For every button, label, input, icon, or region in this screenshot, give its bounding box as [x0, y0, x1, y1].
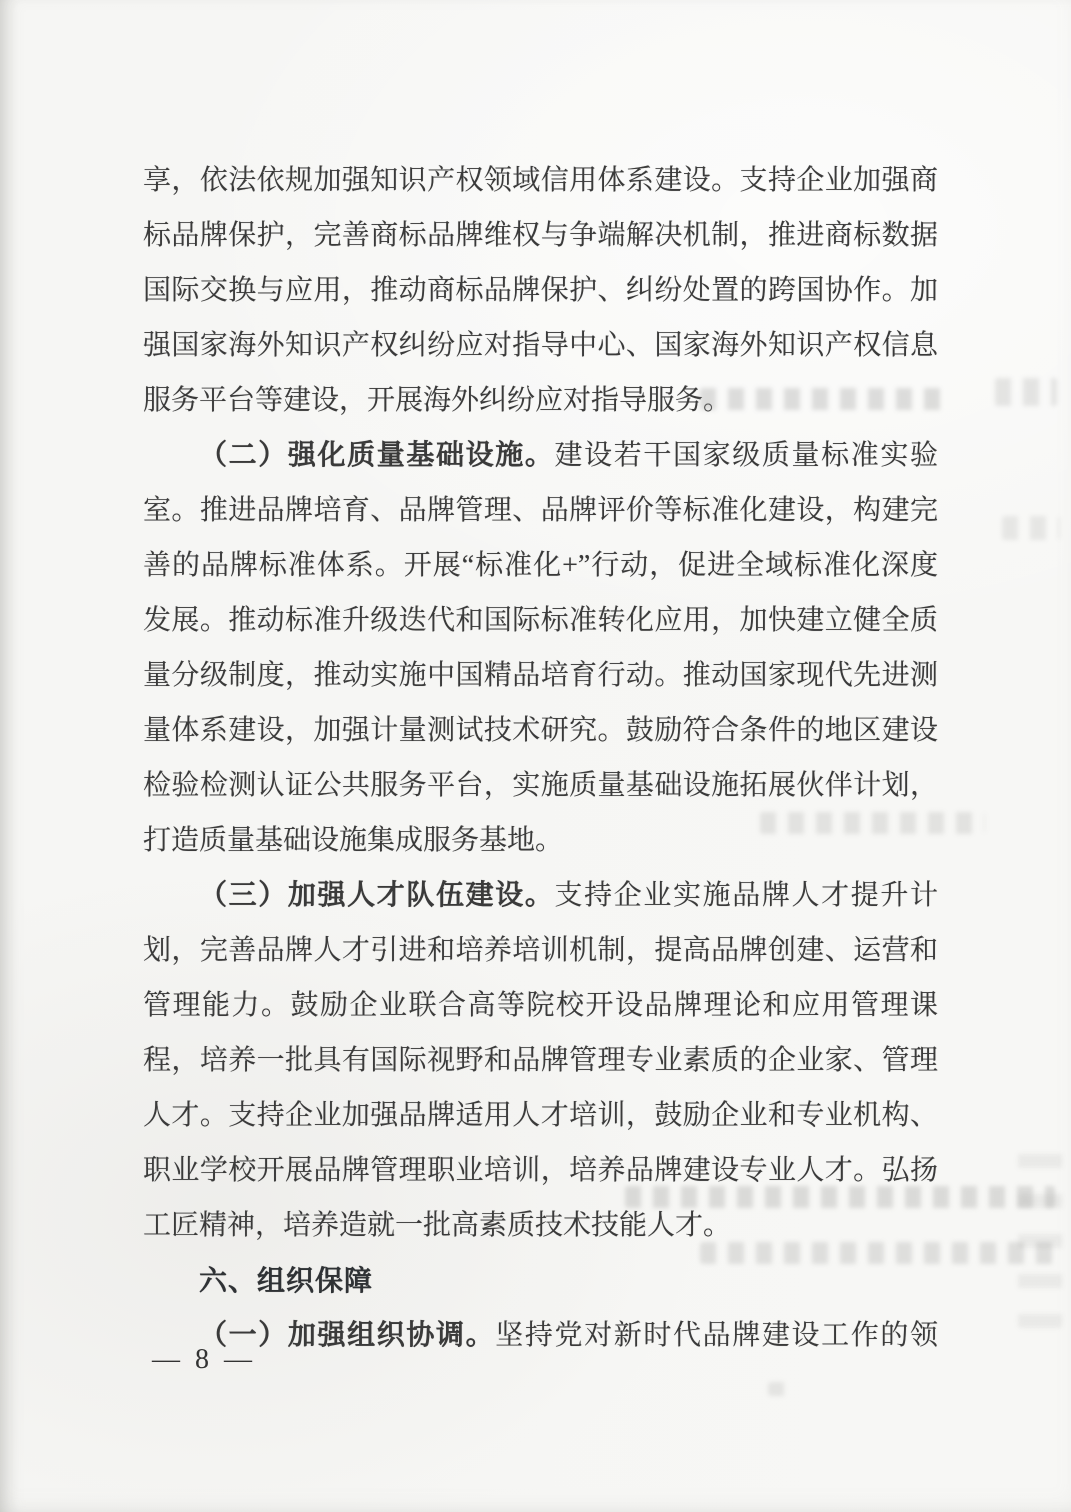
line-text: 标品牌保护，完善商标品牌维权与争端解决机制，推进商标数据 [143, 220, 938, 251]
paragraph-lead-bold: （二）强化质量基础设施。 [199, 440, 555, 471]
line-text: 坚持党对新时代品牌建设工作的领 [495, 1320, 938, 1351]
text-line: 强国家海外知识产权纠纷应对指导中心、国家海外知识产权信息 [143, 318, 938, 373]
line-text: 划，完善品牌人才引进和培养培训机制，提高品牌创建、运营和 [143, 935, 938, 966]
line-text: 善的品牌标准体系。开展“标准化+”行动，促进全域标准化深度 [143, 550, 938, 581]
line-text: 检验检测认证公共服务平台，实施质量基础设施拓展伙伴计划， [143, 770, 938, 801]
text-line: 标品牌保护，完善商标品牌维权与争端解决机制，推进商标数据 [143, 208, 938, 263]
line-text: 室。推进品牌培育、品牌管理、品牌评价等标准化建设，构建完 [143, 495, 938, 526]
heading-text: 六、组织保障 [199, 1265, 373, 1296]
line-text: 服务平台等建设，开展海外纠纷应对指导服务。 [143, 385, 731, 416]
text-line: 量分级制度，推动实施中国精品培育行动。推动国家现代先进测 [143, 648, 938, 703]
text-line: （二）强化质量基础设施。建设若干国家级质量标准实验 [143, 428, 938, 483]
page-number: — 8 — [152, 1332, 256, 1387]
line-text: 程，培养一批具有国际视野和品牌管理专业素质的企业家、管理 [143, 1045, 938, 1076]
bleed-through-mark [700, 1242, 1055, 1264]
line-text: 发展。推动标准升级迭代和国际标准转化应用，加快建立健全质 [143, 605, 938, 636]
bleed-through-mark [768, 1382, 794, 1396]
line-text: 量分级制度，推动实施中国精品培育行动。推动国家现代先进测 [143, 660, 938, 691]
text-line: 量体系建设，加强计量测试技术研究。鼓励符合条件的地区建设 [143, 703, 938, 758]
line-text: 职业学校开展品牌管理职业培训，培养品牌建设专业人才。弘扬 [143, 1155, 938, 1186]
text-line: 发展。推动标准升级迭代和国际标准转化应用，加快建立健全质 [143, 593, 938, 648]
line-text: 建设若干国家级质量标准实验 [555, 440, 939, 471]
bleed-through-mark [1002, 516, 1060, 540]
text-line: （三）加强人才队伍建设。支持企业实施品牌人才提升计 [143, 868, 938, 923]
document-page: 享，依法依规加强知识产权领域信用体系建设。支持企业加强商标品牌保护，完善商标品牌… [0, 0, 1071, 1512]
line-text: 人才。支持企业加强品牌适用人才培训，鼓励企业和专业机构、 [143, 1100, 938, 1131]
line-text: 打造质量基础设施集成服务基地。 [143, 825, 563, 856]
line-text: 工匠精神，培养造就一批高素质技术技能人才。 [143, 1210, 731, 1241]
text-line: 管理能力。鼓励企业联合高等院校开设品牌理论和应用管理课 [143, 978, 938, 1033]
line-text: 量体系建设，加强计量测试技术研究。鼓励符合条件的地区建设 [143, 715, 938, 746]
paragraph-lead-bold: （三）加强人才队伍建设。 [199, 880, 555, 911]
bleed-through-mark [995, 378, 1057, 406]
line-text: 国际交换与应用，推动商标品牌保护、纠纷处置的跨国协作。加 [143, 275, 938, 306]
line-text: 享，依法依规加强知识产权领域信用体系建设。支持企业加强商 [143, 165, 938, 196]
bleed-through-mark [625, 1186, 1055, 1208]
text-line: 检验检测认证公共服务平台，实施质量基础设施拓展伙伴计划， [143, 758, 938, 813]
document-text: 享，依法依规加强知识产权领域信用体系建设。支持企业加强商标品牌保护，完善商标品牌… [143, 153, 938, 1363]
line-text: 管理能力。鼓励企业联合高等院校开设品牌理论和应用管理课 [143, 990, 938, 1021]
bleed-through-mark [1018, 1128, 1062, 1328]
line-text: 支持企业实施品牌人才提升计 [555, 880, 939, 911]
text-line: 程，培养一批具有国际视野和品牌管理专业素质的企业家、管理 [143, 1033, 938, 1088]
text-line: 室。推进品牌培育、品牌管理、品牌评价等标准化建设，构建完 [143, 483, 938, 538]
line-text: 强国家海外知识产权纠纷应对指导中心、国家海外知识产权信息 [143, 330, 938, 361]
text-line: 人才。支持企业加强品牌适用人才培训，鼓励企业和专业机构、 [143, 1088, 938, 1143]
text-line: 国际交换与应用，推动商标品牌保护、纠纷处置的跨国协作。加 [143, 263, 938, 318]
text-line: 享，依法依规加强知识产权领域信用体系建设。支持企业加强商 [143, 153, 938, 208]
text-line: （一）加强组织协调。坚持党对新时代品牌建设工作的领 [143, 1308, 938, 1363]
text-line: 划，完善品牌人才引进和培养培训机制，提高品牌创建、运营和 [143, 923, 938, 978]
bleed-through-mark [760, 812, 985, 834]
bleed-through-mark [700, 388, 950, 410]
text-line: 善的品牌标准体系。开展“标准化+”行动，促进全域标准化深度 [143, 538, 938, 593]
